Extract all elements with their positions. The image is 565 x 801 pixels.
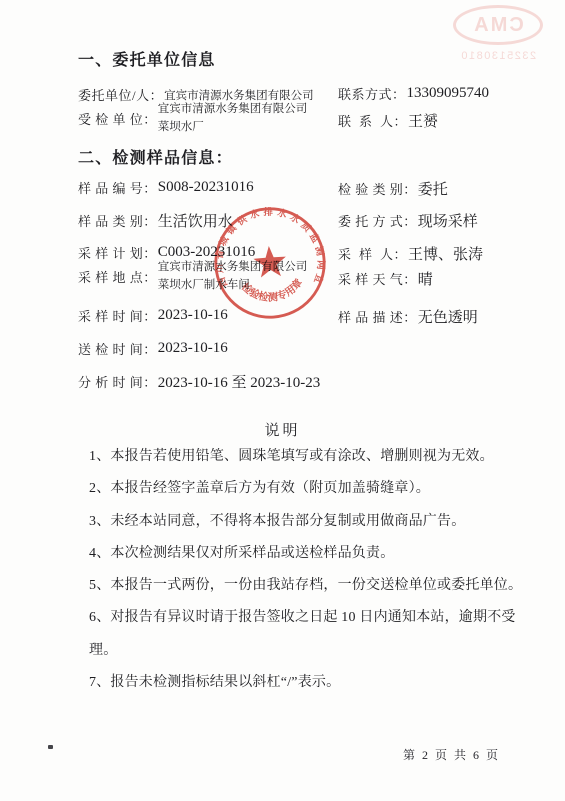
field-label: 联 系 人：: [338, 111, 407, 130]
field-value: 无色透明: [418, 306, 478, 327]
section2-title: 二、检测样品信息：: [78, 145, 233, 168]
note-item: 6、对报告有异议时请于报告签收之日起 10 日内通知本站，逾期不受理。: [89, 602, 541, 667]
field-row-inspection-type: 检 验 类 别：委托: [338, 178, 448, 199]
field-value: 13309095740: [407, 85, 490, 102]
field-row-contact-person: 联 系 人：王赟: [338, 110, 438, 131]
note-item: 1、本报告若使用铅笔、圆珠笔填写或有涂改、增删则视为无效。: [89, 441, 541, 473]
field-row-weather: 采 样 天 气：晴: [338, 268, 433, 289]
field-row-analysis-time: 分 析 时 间：2023-10-16 至 2023-10-23: [78, 371, 320, 392]
field-value: 2023-10-16 至 2023-10-23: [158, 371, 320, 392]
field-label: 采 样 时 间：: [78, 306, 157, 325]
report-page: CMA 2325130810 一、委托单位信息 委托单位/人：宜宾市清源水务集团…: [0, 0, 565, 801]
note-item: 3、未经本站同意，不得将本报告部分复制或用做商品广告。: [89, 506, 541, 538]
field-label: 检 验 类 别：: [338, 179, 417, 198]
field-label: 采 样 天 气：: [338, 269, 417, 288]
page-indicator: 第 2 页 共 6 页: [403, 746, 500, 763]
cma-ghost-digits: 2325130810: [448, 50, 548, 62]
scan-speck: [48, 745, 53, 749]
field-row-sampling-time: 采 样 时 间：2023-10-16: [78, 306, 228, 325]
cma-oval-icon: CMA: [453, 5, 543, 45]
note-item: 4、本次检测结果仅对所采样品或送检样品负责。: [89, 538, 541, 570]
field-value-line1: 宜宾市清源水务集团有限公司: [158, 101, 308, 119]
note-item: 5、本报告一式两份，一份由我站存档，一份交送检单位或委托单位。: [89, 570, 541, 602]
field-value: 2023-10-16: [158, 340, 228, 357]
field-label: 受 检 单 位：: [78, 109, 157, 128]
field-label: 委 托 方 式：: [338, 211, 417, 230]
note-item: 2、本报告经签字盖章后方为有效（附页加盖骑缝章）。: [89, 473, 541, 505]
field-value: 王赟: [408, 110, 438, 131]
field-label: 样 品 类 别：: [78, 211, 157, 230]
note-item: 7、报告未检测指标结果以斜杠“/”表示。: [89, 667, 541, 699]
field-value: 王博、张涛: [408, 243, 483, 264]
official-seal: 四川省城镇供水排水水质监测网宜宾监测站 检验检测专用章: [209, 202, 331, 324]
official-seal-graphic: 四川省城镇供水排水水质监测网宜宾监测站 检验检测专用章: [209, 202, 331, 324]
section1-title: 一、委托单位信息: [78, 47, 216, 70]
field-row-inspected-unit: 受 检 单 位： 宜宾市清源水务集团有限公司 菜坝水厂: [78, 101, 307, 136]
field-label: 联系方式：: [338, 84, 406, 103]
field-row-sample-description: 样 品 描 述：无色透明: [338, 306, 478, 327]
field-row-sample-no: 样 品 编 号：S008-20231016: [78, 178, 254, 197]
star-icon: [253, 245, 288, 278]
field-label: 采 样 地 点：: [78, 267, 157, 286]
field-row-submission-time: 送 检 时 间：2023-10-16: [78, 339, 228, 358]
svg-text:检验检测专用章: 检验检测专用章: [238, 275, 307, 306]
seal-bottom-text: 检验检测专用章: [238, 275, 307, 306]
notes-list: 1、本报告若使用铅笔、圆珠笔填写或有涂改、增删则视为无效。 2、本报告经签字盖章…: [89, 441, 541, 699]
field-value: 晴: [418, 268, 433, 289]
field-label: 送 检 时 间：: [78, 339, 157, 358]
field-label: 分 析 时 间：: [78, 372, 157, 391]
cma-ghost-letters: CMA: [472, 14, 524, 37]
field-value-line2: 菜坝水厂: [158, 119, 308, 137]
field-value-stack: 宜宾市清源水务集团有限公司 菜坝水厂: [158, 101, 308, 136]
field-label: 采 样 人：: [338, 244, 407, 263]
notes-title: 说明: [0, 419, 565, 440]
field-row-contact-phone: 联系方式：13309095740: [338, 84, 489, 103]
field-value: 现场采样: [418, 210, 478, 231]
field-row-sampler: 采 样 人：王博、张涛: [338, 243, 483, 264]
field-value: 委托: [418, 178, 448, 199]
field-label: 样 品 描 述：: [338, 307, 417, 326]
field-label: 样 品 编 号：: [78, 178, 157, 197]
field-row-commission-mode: 委 托 方 式：现场采样: [338, 210, 478, 231]
cma-ghost-stamp: CMA 2325130810: [448, 5, 548, 62]
field-value: S008-20231016: [158, 179, 254, 196]
